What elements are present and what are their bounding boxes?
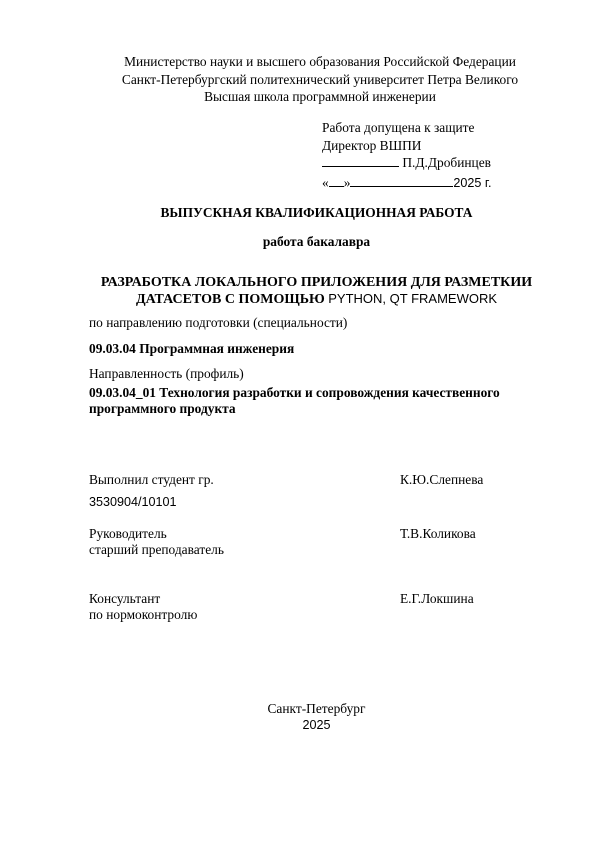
director-name: П.Д.Дробинцев xyxy=(402,155,491,170)
date-open-quote: « xyxy=(322,175,329,190)
topic-line-2: ДАТАСЕТОВ С ПОМОЩЬЮ PYTHON, QT FRAMEWORK xyxy=(0,291,595,308)
ministry-name: Министерство науки и высшего образования… xyxy=(0,53,595,71)
city: Санкт-Петербург xyxy=(0,701,595,717)
approval-block: Работа допущена к защите Директор ВШПИ П… xyxy=(322,119,491,192)
specialty-label: по направлению подготовки (специальности… xyxy=(89,315,347,331)
day-line xyxy=(329,175,344,187)
student-group: 3530904/10101 xyxy=(89,494,177,510)
profile-value-line-1: 09.03.04_01 Технология разработки и сопр… xyxy=(89,385,500,401)
topic-line-1: РАЗРАБОТКА ЛОКАЛЬНОГО ПРИЛОЖЕНИЯ ДЛЯ РАЗ… xyxy=(0,275,595,291)
month-line xyxy=(350,175,453,187)
consultant-position: по нормоконтролю xyxy=(89,607,197,623)
consultant-name: Е.Г.Локшина xyxy=(400,591,474,607)
topic-line-2-bold: ДАТАСЕТОВ С ПОМОЩЬЮ xyxy=(136,292,328,307)
consultant-label: Консультант xyxy=(89,591,160,607)
approval-line: Работа допущена к защите xyxy=(322,119,491,137)
student-name: К.Ю.Слепнева xyxy=(400,472,483,488)
date-close-quote: » xyxy=(344,175,351,190)
topic-line-2-regular: PYTHON, QT FRAMEWORK xyxy=(328,291,497,306)
profile-value: 09.03.04_01 Технология разработки и сопр… xyxy=(89,385,500,417)
school-name: Высшая школа программной инженерии xyxy=(0,88,595,106)
document-type-title: ВЫПУСКНАЯ КВАЛИФИКАЦИОННАЯ РАБОТА xyxy=(0,205,595,221)
supervisor-label: Руководитель xyxy=(89,526,167,542)
director-signature-line xyxy=(322,155,399,167)
university-name: Санкт-Петербургский политехнический унив… xyxy=(0,71,595,89)
approval-date-row: «»2025 г. xyxy=(322,174,491,193)
supervisor-name: Т.В.Коликова xyxy=(400,526,476,542)
footer: Санкт-Петербург 2025 xyxy=(0,701,595,733)
director-signature-row: П.Д.Дробинцев xyxy=(322,154,491,172)
year: 2025 xyxy=(0,717,595,733)
specialty-value: 09.03.04 Программная инженерия xyxy=(89,341,294,357)
student-label: Выполнил студент гр. xyxy=(89,472,214,488)
director-title: Директор ВШПИ xyxy=(322,137,491,155)
profile-label: Направленность (профиль) xyxy=(89,366,244,382)
thesis-topic: РАЗРАБОТКА ЛОКАЛЬНОГО ПРИЛОЖЕНИЯ ДЛЯ РАЗ… xyxy=(0,275,595,308)
supervisor-position: старший преподаватель xyxy=(89,542,224,558)
profile-value-line-2: программного продукта xyxy=(89,401,500,417)
institution-header: Министерство науки и высшего образования… xyxy=(0,53,595,106)
document-subtype: работа бакалавра xyxy=(0,234,595,250)
date-year: 2025 г. xyxy=(453,176,491,190)
